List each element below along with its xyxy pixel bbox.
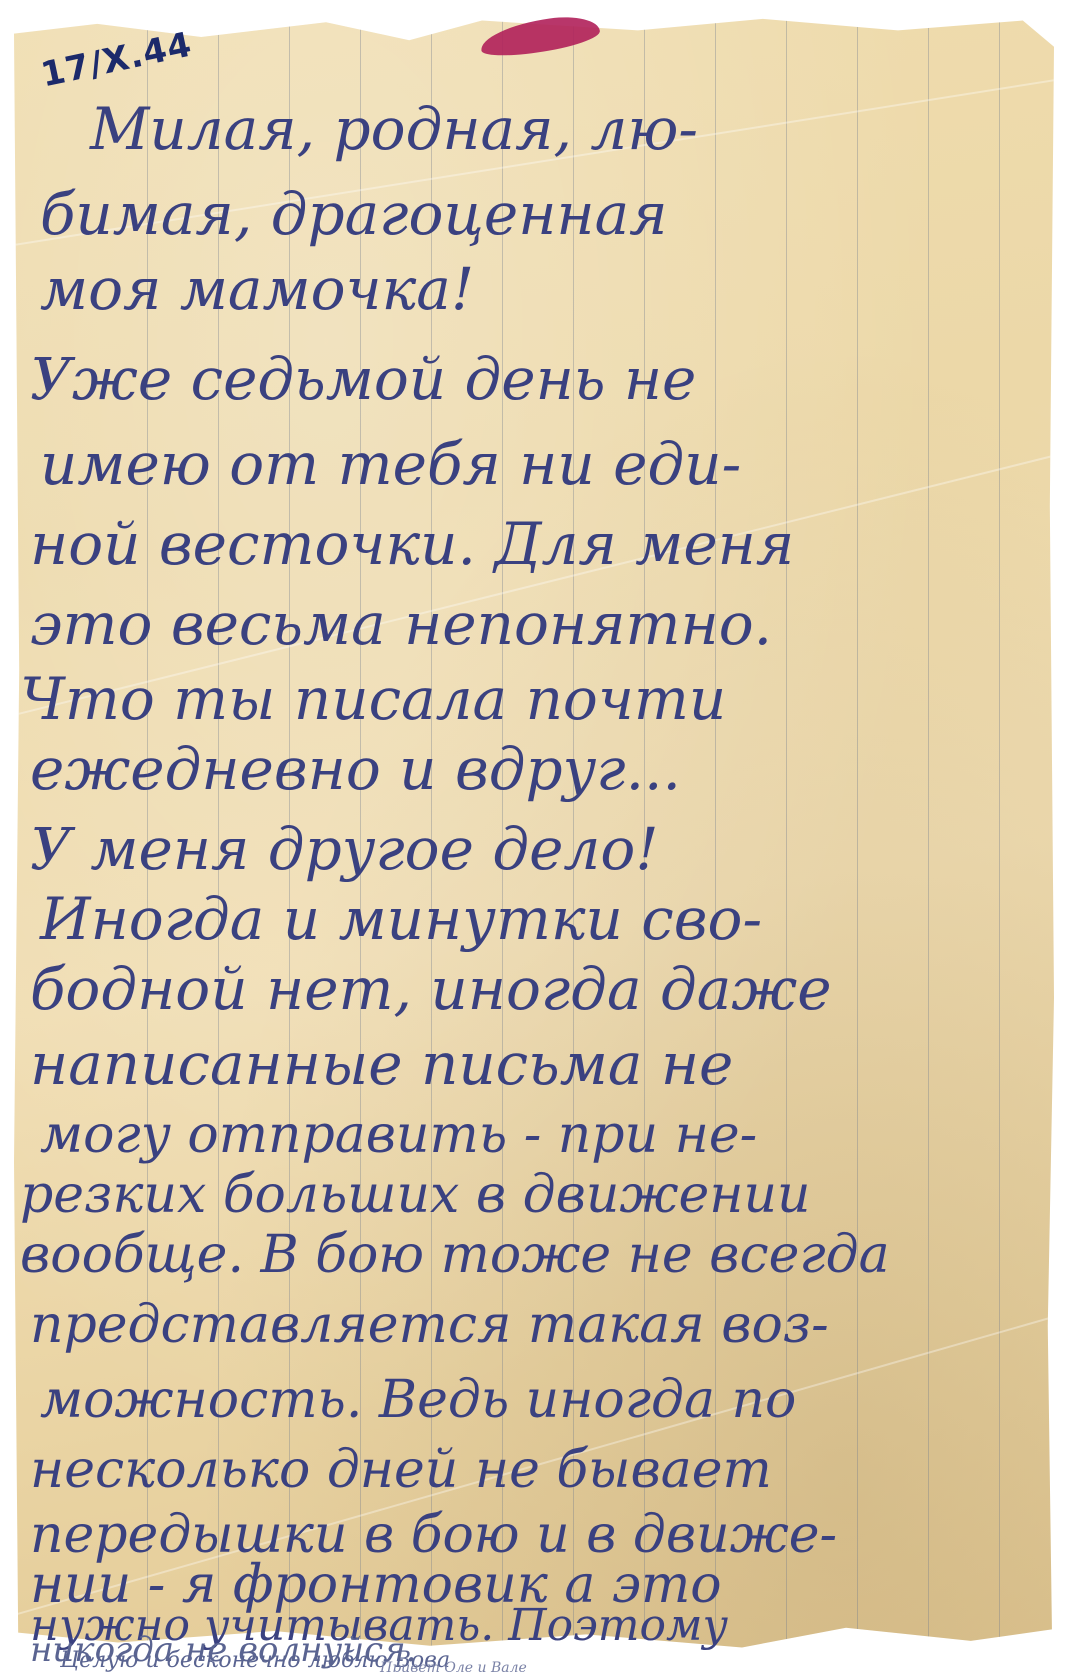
letter-line: ежедневно и вдруг... <box>30 735 681 803</box>
letter-line: вообще. В бою тоже не всегда <box>20 1225 890 1285</box>
letter-line: имею от тебя ни еди- <box>40 430 741 498</box>
letter-line: Иногда и минутки сво- <box>40 885 762 953</box>
ruled-line <box>999 14 1000 1654</box>
letter-line: могу отправить - при не- <box>40 1105 757 1165</box>
letter-line: написанные письма не <box>30 1030 733 1098</box>
letter-line: моя мамочка! <box>40 255 474 323</box>
letter-line: бимая, драгоценная <box>40 180 668 248</box>
letter-line: ной весточки. Для меня <box>30 510 794 578</box>
letter-line: Что ты писала почти <box>20 665 726 733</box>
letter-line: Милая, родная, лю- <box>90 95 698 163</box>
ruled-line <box>857 14 858 1654</box>
letter-line: это весьма непонятно. <box>30 590 772 658</box>
letter-line: бодной нет, иногда даже <box>30 955 832 1023</box>
letter-line: представляется такая воз- <box>30 1295 829 1355</box>
letter-line: Уже седьмой день не <box>30 345 696 413</box>
letter-line: несколько дней не бывает <box>30 1440 772 1500</box>
letter-postscript: Привет Оле и Вале <box>380 1660 527 1672</box>
ruled-line <box>928 14 929 1654</box>
letter-line: У меня другое дело! <box>30 815 659 883</box>
letter-line: можность. Ведь иногда по <box>40 1370 796 1430</box>
letter-line: резких больших в движении <box>20 1165 811 1225</box>
